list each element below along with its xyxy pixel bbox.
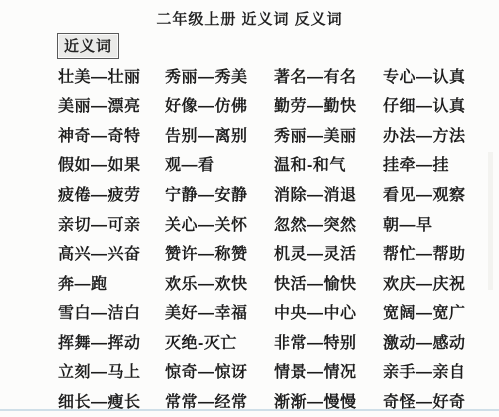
word-pair: 观—看 [165,158,274,174]
word-pair: 消除—消退 [274,188,383,204]
word-pair: 情景—情况 [274,365,383,381]
word-pair: 好像—仿佛 [165,99,274,115]
word-pair: 挂牵—挂 [383,158,488,174]
word-pair: 帮忙—帮助 [383,247,488,263]
synonym-grid: 壮美—壮丽秀丽—秀美著名—有名专心—认真美丽—漂亮好像—仿佛勤劳—勤快仔细—认真… [58,63,488,417]
word-pair: 专心—认真 [383,70,488,86]
word-pair: 神奇—奇特 [58,129,165,145]
word-pair: 仔细—认真 [383,99,488,115]
word-pair: 奔—跑 [58,277,165,293]
word-pair: 亲切—可亲 [58,218,165,234]
word-pair: 疲倦—疲劳 [58,188,165,204]
word-pair: 欢庆—庆祝 [383,277,488,293]
word-pair: 美好—幸福 [165,306,274,322]
word-pair: 关心—关怀 [165,218,274,234]
word-pair: 壮美—壮丽 [58,70,165,86]
word-pair: 宁静—安静 [165,188,274,204]
page-title: 二年级上册 近义词 反义词 [0,8,499,29]
word-pair: 看见—观察 [383,188,488,204]
word-pair: 著名—有名 [274,70,383,86]
word-pair: 挥舞—挥动 [58,336,165,352]
section-label-synonyms: 近义词 [57,33,119,59]
page-edge-strip [488,152,493,290]
word-pair: 亲手—亲自 [383,365,488,381]
word-pair: 惊奇—惊讶 [165,365,274,381]
word-pair: 灭绝-灭亡 [165,336,274,352]
word-pair: 美丽—漂亮 [58,99,165,115]
word-pair: 快活—愉快 [274,277,383,293]
document-page: 二年级上册 近义词 反义词 近义词 壮美—壮丽秀丽—秀美著名—有名专心—认真美丽… [0,0,499,417]
word-pair: 宽阔—宽广 [383,306,488,322]
word-pair: 勤劳—勤快 [274,99,383,115]
word-pair: 办法—方法 [383,129,488,145]
word-pair: 高兴—兴奋 [58,247,165,263]
word-pair: 雪白—洁白 [58,306,165,322]
word-pair: 赞许—称赞 [165,247,274,263]
word-pair: 秀丽—美丽 [274,129,383,145]
word-pair: 激动—感动 [383,336,488,352]
word-pair: 假如—如果 [58,158,165,174]
word-pair: 欢乐—欢快 [165,277,274,293]
word-pair: 告别—离别 [165,129,274,145]
word-pair: 机灵—灵活 [274,247,383,263]
word-pair: 忽然—突然 [274,218,383,234]
word-pair: 立刻—马上 [58,365,165,381]
word-pair: 中央—中心 [274,306,383,322]
word-pair: 非常—特别 [274,336,383,352]
word-pair: 温和-和气 [274,158,383,174]
word-pair: 秀丽—秀美 [165,70,274,86]
bottom-divider [0,409,499,411]
word-pair: 朝—早 [383,218,488,234]
